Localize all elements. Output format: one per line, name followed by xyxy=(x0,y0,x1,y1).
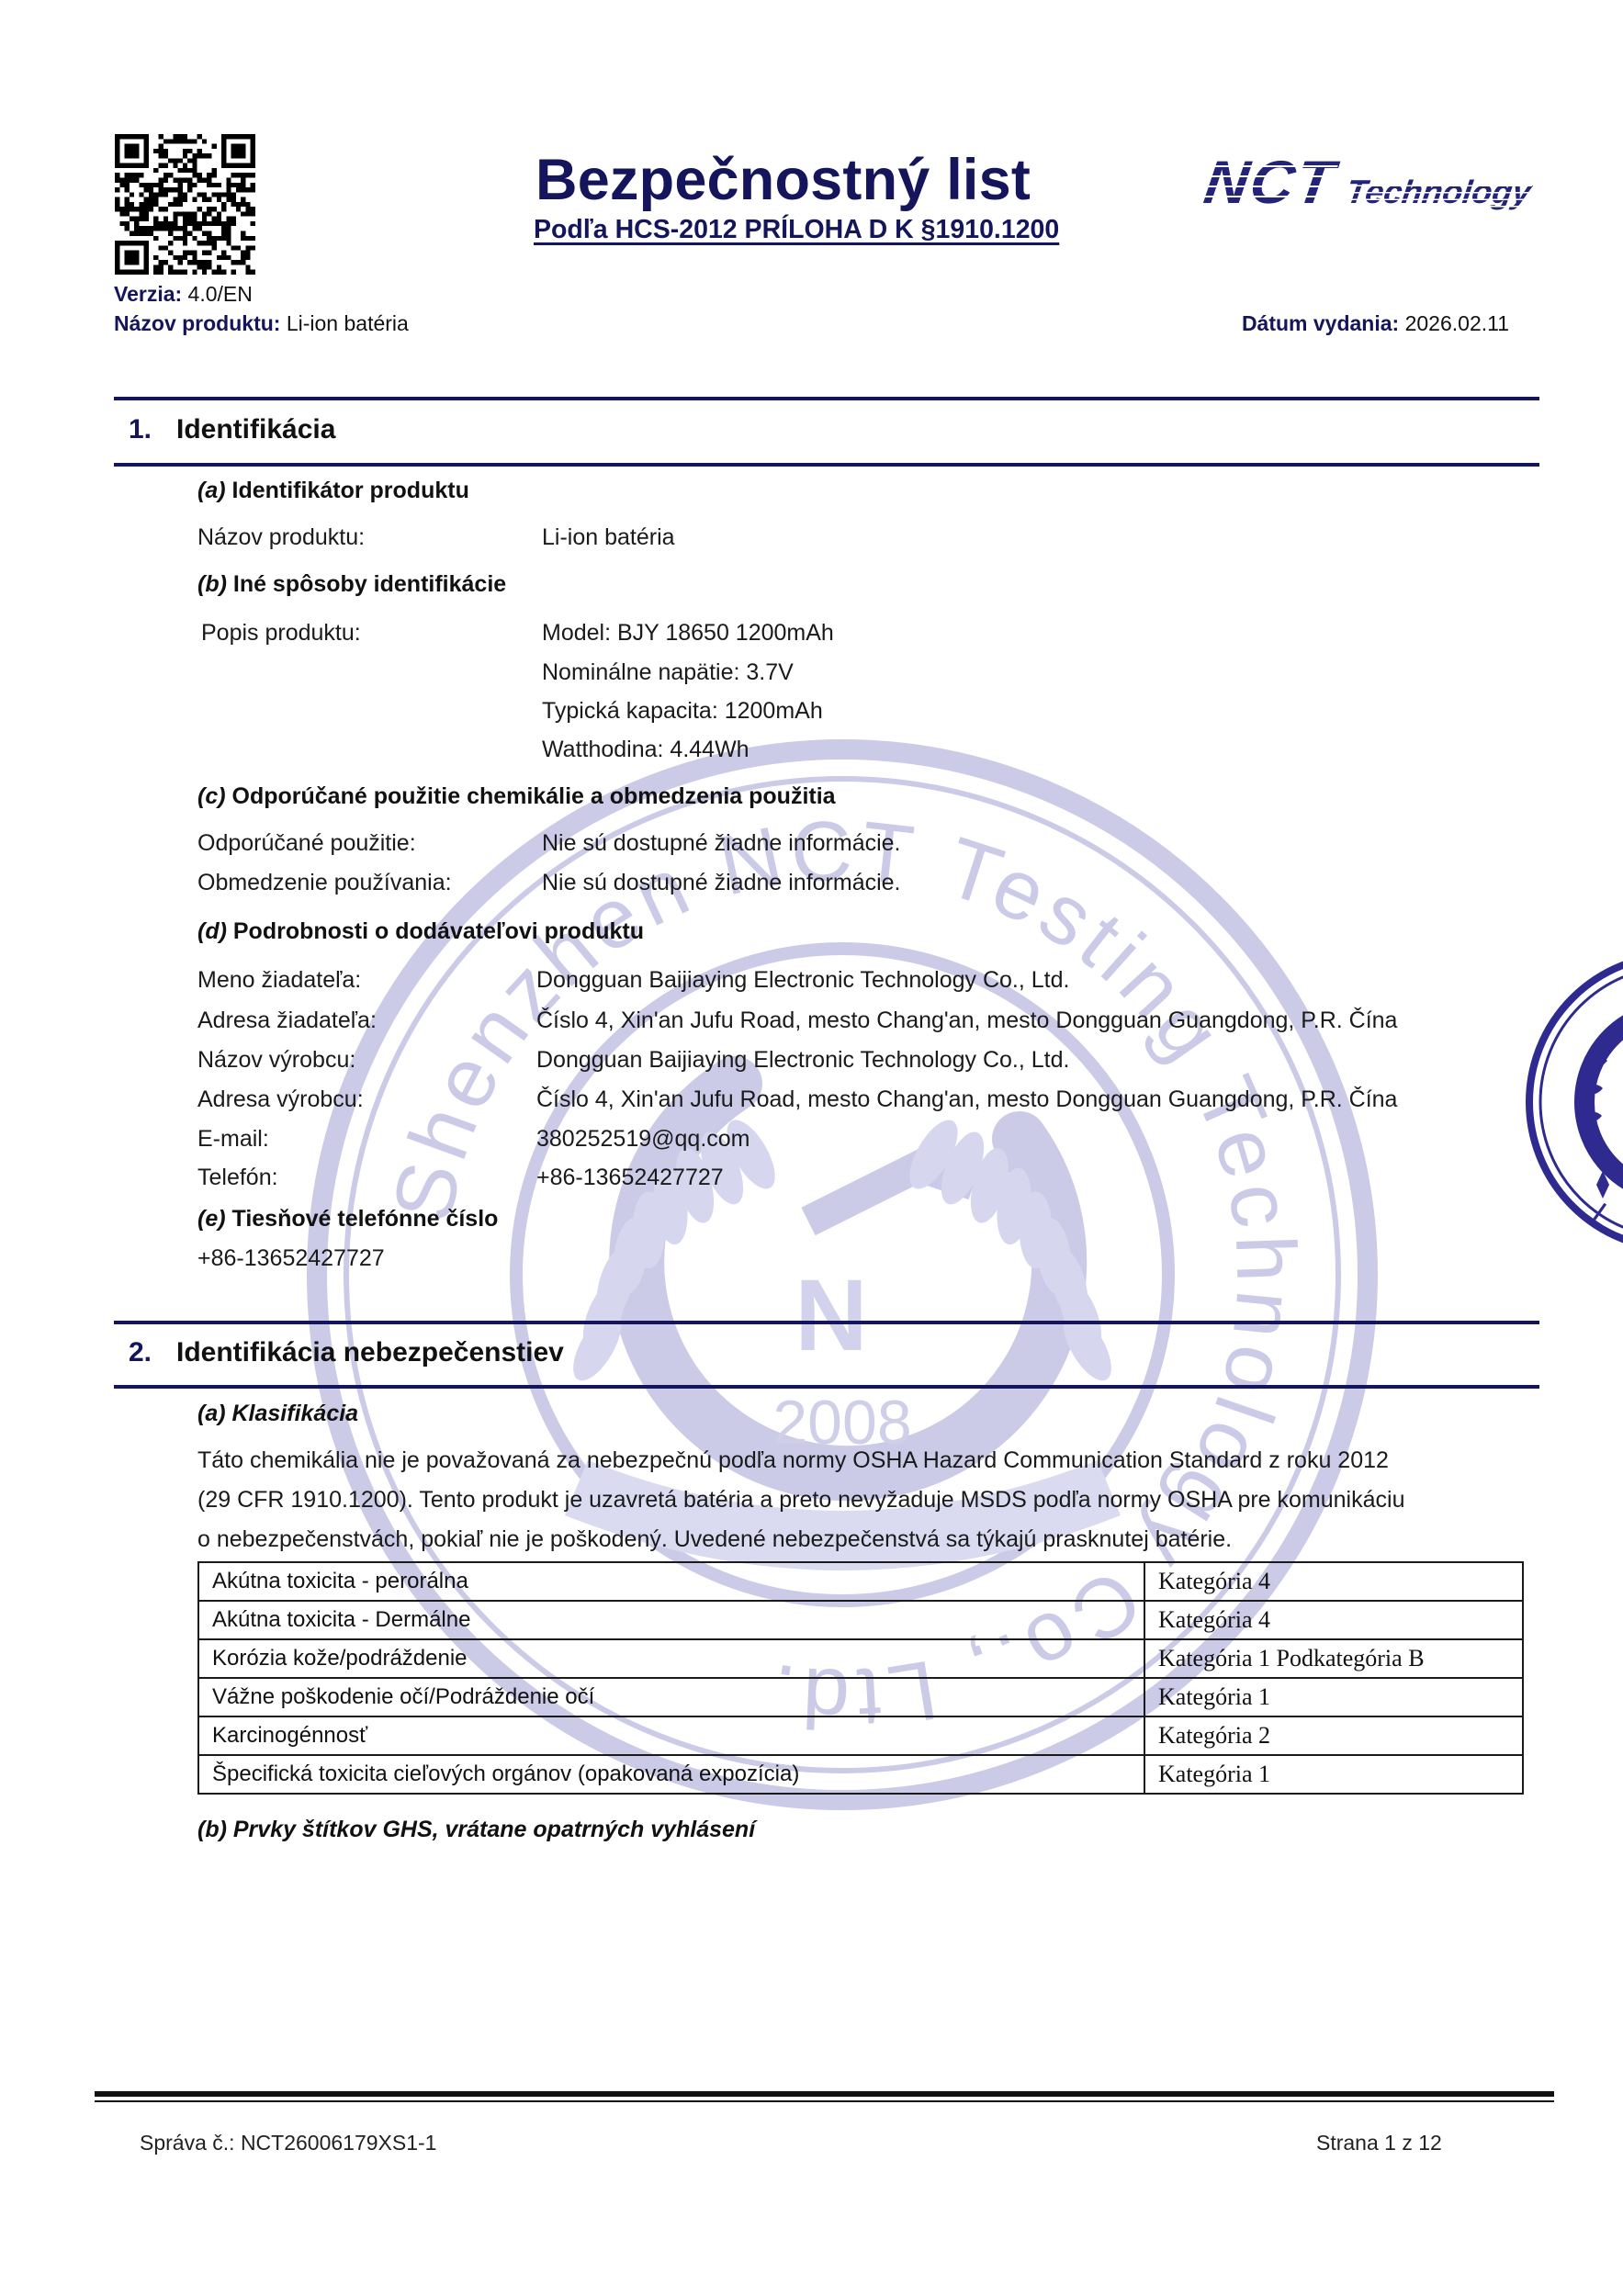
document-subtitle: Podľa HCS-2012 PRÍLOHA D K §1910.1200 xyxy=(534,215,1059,245)
section-title: Identifikácia nebezpečenstiev xyxy=(176,1337,564,1367)
subsection-c-heading: (c) Odporúčané použitie chemikálie a obm… xyxy=(197,783,836,810)
hazard-category: Kategória 4 xyxy=(1144,1601,1523,1639)
hazard-category: Kategória 2 xyxy=(1144,1716,1523,1755)
logo-main-text: NCT xyxy=(1200,148,1340,216)
table-row: KarcinogénnosťKategória 2 xyxy=(198,1716,1523,1755)
emergency-phone-value: +86-13652427727 xyxy=(197,1245,385,1272)
classification-heading: (a) Klasifikácia xyxy=(197,1401,358,1427)
version-label: Verzia: xyxy=(114,282,182,306)
product-name-value: Li-ion batéria xyxy=(287,311,409,335)
hazard-category: Kategória 1 xyxy=(1144,1755,1523,1794)
hazard-class: Akútna toxicita - Dermálne xyxy=(198,1601,1144,1639)
email-value: 380252519@qq.com xyxy=(536,1126,750,1153)
ghs-label-elements-heading: (b) Prvky štítkov GHS, vrátane opatrných… xyxy=(197,1817,755,1843)
issue-date-value: 2026.02.11 xyxy=(1405,311,1509,335)
subsection-a-heading: (a) Identifikátor produktu xyxy=(197,478,469,504)
field-value: Dongguan Baijiaying Electronic Technolog… xyxy=(536,967,1069,994)
qr-code-icon xyxy=(115,134,255,275)
section-rule xyxy=(114,1385,1539,1389)
field-label: Meno žiadateľa: xyxy=(197,967,361,994)
field-value: Nie sú dostupné žiadne informácie. xyxy=(542,830,901,857)
product-name-label: Názov produktu: xyxy=(114,311,280,335)
hazard-class: Vážne poškodenie očí/Podráždenie očí xyxy=(198,1678,1144,1716)
logo-sub-text: Technology xyxy=(1344,173,1533,210)
hazard-class: Karcinogénnosť xyxy=(198,1716,1144,1755)
field-label: Telefón: xyxy=(197,1165,278,1191)
section-2-heading: 2.Identifikácia nebezpečenstiev xyxy=(129,1337,564,1368)
product-description-line: Nominálne napätie: 3.7V xyxy=(542,659,794,686)
field-value: Dongguan Baijiaying Electronic Technolog… xyxy=(536,1047,1069,1074)
subsection-d-heading: (d) Podrobnosti o dodávateľovi produktu xyxy=(197,918,644,945)
subsection-b-heading: (b) Iné spôsoby identifikácie xyxy=(197,571,506,598)
field-label: Odporúčané použitie: xyxy=(197,830,416,857)
version-line: Verzia: 4.0/EN xyxy=(114,282,253,307)
field-label: Názov výrobcu: xyxy=(197,1047,355,1074)
section-number: 2. xyxy=(129,1337,176,1368)
hazard-category: Kategória 1 Podkategória B xyxy=(1144,1639,1523,1678)
section-title: Identifikácia xyxy=(176,414,335,445)
field-label: E-mail: xyxy=(197,1126,269,1153)
hazard-class: Špecifická toxicita cieľových orgánov (o… xyxy=(198,1755,1144,1794)
section-number: 1. xyxy=(129,414,176,445)
field-value: Číslo 4, Xin'an Jufu Road, mesto Chang'a… xyxy=(536,1086,1397,1113)
hazard-class: Akútna toxicita - perorálna xyxy=(198,1562,1144,1601)
phone-value: +86-13652427727 xyxy=(536,1165,724,1191)
product-description-line: Model: BJY 18650 1200mAh xyxy=(542,620,834,647)
field-label: Obmedzenie používania: xyxy=(197,870,452,896)
issue-date-label: Dátum vydania: xyxy=(1242,311,1399,335)
field-label: Adresa výrobcu: xyxy=(197,1086,364,1113)
paragraph-line: o nebezpečenstvách, pokiaľ nie je poškod… xyxy=(197,1526,1232,1553)
paragraph-line: Táto chemikália nie je považovaná za neb… xyxy=(197,1447,1389,1474)
table-row: Akútna toxicita - DermálneKategória 4 xyxy=(198,1601,1523,1639)
paragraph-line: (29 CFR 1910.1200). Tento produkt je uza… xyxy=(197,1487,1404,1514)
table-row: Špecifická toxicita cieľových orgánov (o… xyxy=(198,1755,1523,1794)
hazard-classification-table: Akútna toxicita - perorálnaKategória 4Ak… xyxy=(197,1561,1524,1795)
table-row: Vážne poškodenie očí/Podráždenie očíKate… xyxy=(198,1678,1523,1716)
section-1-heading: 1.Identifikácia xyxy=(129,414,335,445)
hazard-category: Kategória 1 xyxy=(1144,1678,1523,1716)
version-value: 4.0/EN xyxy=(188,282,253,306)
footer-rule xyxy=(95,2091,1554,2102)
product-description-line: Watthodina: 4.44Wh xyxy=(542,737,750,763)
section-rule xyxy=(114,1321,1539,1324)
document-page: Verzia: 4.0/EN Názov produktu: Li-ion ba… xyxy=(0,0,1623,2296)
table-row: Akútna toxicita - perorálnaKategória 4 xyxy=(198,1562,1523,1601)
section-rule xyxy=(114,397,1539,400)
field-label: Názov produktu: xyxy=(197,524,365,551)
nct-technology-logo: NCTTechnology xyxy=(1205,147,1530,217)
document-title: Bezpečnostný list xyxy=(535,147,1031,213)
hazard-class: Korózia kože/podráždenie xyxy=(198,1639,1144,1678)
table-row: Korózia kože/podráždenieKategória 1 Podk… xyxy=(198,1639,1523,1678)
issue-date-line: Dátum vydania: 2026.02.11 xyxy=(1242,311,1509,336)
section-rule xyxy=(114,463,1539,467)
report-number: Správa č.: NCT26006179XS1-1 xyxy=(140,2131,436,2155)
field-value: Číslo 4, Xin'an Jufu Road, mesto Chang'a… xyxy=(536,1007,1397,1034)
field-value: Nie sú dostupné žiadne informácie. xyxy=(542,870,901,896)
page-number: Strana 1 z 12 xyxy=(1316,2131,1442,2155)
product-description-line: Typická kapacita: 1200mAh xyxy=(542,698,823,725)
product-name-line: Názov produktu: Li-ion batéria xyxy=(114,311,409,336)
subsection-e-heading: (e) Tiesňové telefónne číslo xyxy=(197,1206,498,1232)
field-value: Li-ion batéria xyxy=(542,524,675,551)
field-label: Adresa žiadateľa: xyxy=(197,1007,377,1034)
hazard-category: Kategória 4 xyxy=(1144,1562,1523,1601)
field-label: Popis produktu: xyxy=(201,620,361,647)
